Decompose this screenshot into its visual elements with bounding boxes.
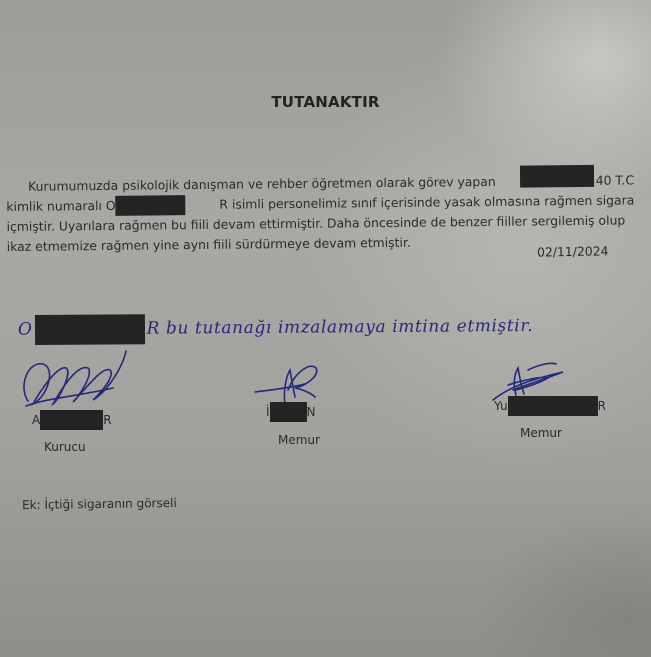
body-line-2-prefix: kimlik numaralı O — [6, 196, 116, 217]
signatory-2-role: Memur — [278, 433, 320, 447]
signatory-3-name: Yu R — [494, 396, 606, 416]
signatory-2-suffix: N — [307, 405, 316, 419]
document-date: 02/11/2024 — [537, 243, 609, 259]
document-page: TUTANAKTIR Kurumumuzda psikolojik danışm… — [0, 0, 651, 657]
body-line-2-start: kimlik numaralı O — [6, 195, 186, 217]
redaction-box — [40, 410, 103, 430]
signatory-1-name: A R — [32, 410, 112, 430]
signatory-1-role: Kurucu — [44, 440, 86, 454]
signature-1-icon — [18, 346, 133, 416]
document-title: TUTANAKTIR — [0, 93, 651, 111]
handwritten-text: R bu tutanağı imzalamaya imtina etmiştir… — [146, 316, 533, 339]
signatory-3-prefix: Yu — [494, 399, 508, 413]
redaction-box — [520, 165, 594, 188]
signatory-1-prefix: A — [32, 413, 40, 427]
body-line-1-end: 40 T.C — [520, 170, 635, 191]
attachment-note: Ek: İçtiği sigaranın görseli — [22, 496, 177, 512]
body-line-1-suffix: 40 T.C — [596, 170, 635, 190]
signatory-3-suffix: R — [598, 399, 606, 413]
redaction-box — [34, 314, 144, 345]
redaction-box — [508, 396, 598, 416]
signatory-2-name: İ N — [266, 402, 316, 422]
signatory-1-suffix: R — [103, 413, 111, 427]
redaction-box — [270, 402, 307, 422]
redaction-box — [116, 195, 186, 216]
handwritten-prefix: O — [18, 319, 33, 339]
handwritten-note: OR bu tutanağı imzalamaya imtina etmişti… — [18, 311, 618, 345]
signatory-3-role: Memur — [520, 426, 562, 440]
body-line-4-text: ikaz etmemize rağmen yine aynı fiili sür… — [7, 233, 411, 257]
